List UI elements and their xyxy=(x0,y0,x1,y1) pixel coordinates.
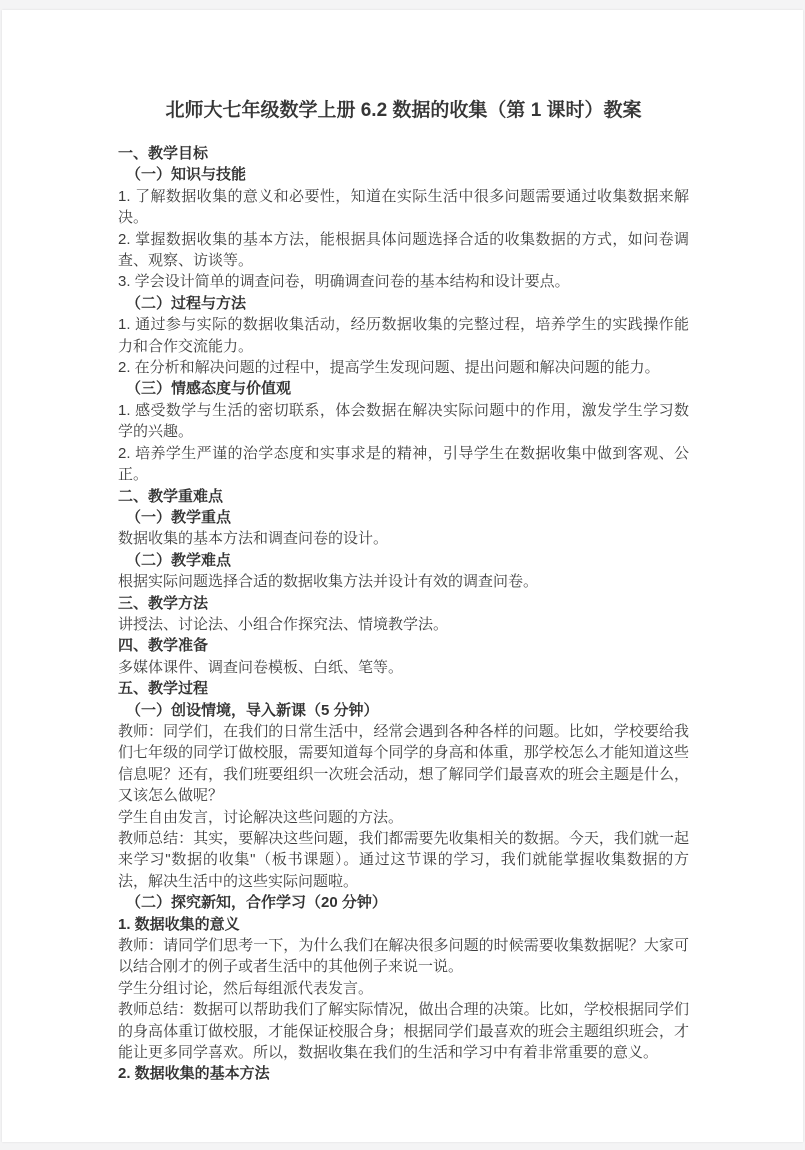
document-body: 一、教学目标（一）知识与技能1. 了解数据收集的意义和必要性，知道在实际生活中很… xyxy=(118,143,689,1085)
section-heading: 五、教学过程 xyxy=(118,678,689,699)
document-page: 北师大七年级数学上册 6.2 数据的收集（第 1 课时）教案 一、教学目标（一）… xyxy=(2,10,803,1142)
paragraph: 根据实际问题选择合适的数据收集方法并设计有效的调查问卷。 xyxy=(118,571,689,592)
page-content: 北师大七年级数学上册 6.2 数据的收集（第 1 课时）教案 一、教学目标（一）… xyxy=(118,10,689,1085)
paragraph: 教师：同学们，在我们的日常生活中，经常会遇到各种各样的问题。比如，学校要给我们七… xyxy=(118,721,689,807)
section-heading: 四、教学准备 xyxy=(118,635,689,656)
paragraph: 1. 通过参与实际的数据收集活动，经历数据收集的完整过程，培养学生的实践操作能力… xyxy=(118,314,689,357)
section-heading: 三、教学方法 xyxy=(118,593,689,614)
paragraph: 多媒体课件、调查问卷模板、白纸、笔等。 xyxy=(118,657,689,678)
paragraph: 教师总结：其实，要解决这些问题，我们都需要先收集相关的数据。今天，我们就一起来学… xyxy=(118,828,689,892)
paragraph: 2. 掌握数据收集的基本方法，能根据具体问题选择合适的收集数据的方式，如问卷调查… xyxy=(118,229,689,272)
paragraph: 2. 在分析和解决问题的过程中，提高学生发现问题、提出问题和解决问题的能力。 xyxy=(118,357,689,378)
paragraph: 教师：请同学们思考一下，为什么我们在解决很多问题的时候需要收集数据呢？大家可以结… xyxy=(118,935,689,978)
sub-section-heading: （二）教学难点 xyxy=(118,550,689,571)
section-heading: 二、教学重难点 xyxy=(118,486,689,507)
paragraph: 学生分组讨论，然后每组派代表发言。 xyxy=(118,978,689,999)
numbered-heading: 2. 数据收集的基本方法 xyxy=(118,1063,689,1084)
paragraph: 讲授法、讨论法、小组合作探究法、情境教学法。 xyxy=(118,614,689,635)
sub-section-heading: （一）知识与技能 xyxy=(118,164,689,185)
paragraph: 教师总结：数据可以帮助我们了解实际情况，做出合理的决策。比如，学校根据同学们的身… xyxy=(118,999,689,1063)
document-viewer: 北师大七年级数学上册 6.2 数据的收集（第 1 课时）教案 一、教学目标（一）… xyxy=(0,0,805,1150)
sub-section-heading: （一）创设情境，导入新课（5 分钟） xyxy=(118,700,689,721)
paragraph: 2. 培养学生严谨的治学态度和实事求是的精神，引导学生在数据收集中做到客观、公正… xyxy=(118,443,689,486)
paragraph: 3. 学会设计简单的调查问卷，明确调查问卷的基本结构和设计要点。 xyxy=(118,271,689,292)
paragraph: 1. 了解数据收集的意义和必要性，知道在实际生活中很多问题需要通过收集数据来解决… xyxy=(118,186,689,229)
sub-section-heading: （一）教学重点 xyxy=(118,507,689,528)
numbered-heading: 1. 数据收集的意义 xyxy=(118,914,689,935)
paragraph: 1. 感受数学与生活的密切联系，体会数据在解决实际问题中的作用，激发学生学习数学… xyxy=(118,400,689,443)
sub-section-heading: （二）探究新知，合作学习（20 分钟） xyxy=(118,892,689,913)
section-heading: 一、教学目标 xyxy=(118,143,689,164)
sub-section-heading: （二）过程与方法 xyxy=(118,293,689,314)
page-title: 北师大七年级数学上册 6.2 数据的收集（第 1 课时）教案 xyxy=(118,98,689,124)
paragraph: 数据收集的基本方法和调查问卷的设计。 xyxy=(118,528,689,549)
paragraph: 学生自由发言，讨论解决这些问题的方法。 xyxy=(118,807,689,828)
sub-section-heading: （三）情感态度与价值观 xyxy=(118,378,689,399)
